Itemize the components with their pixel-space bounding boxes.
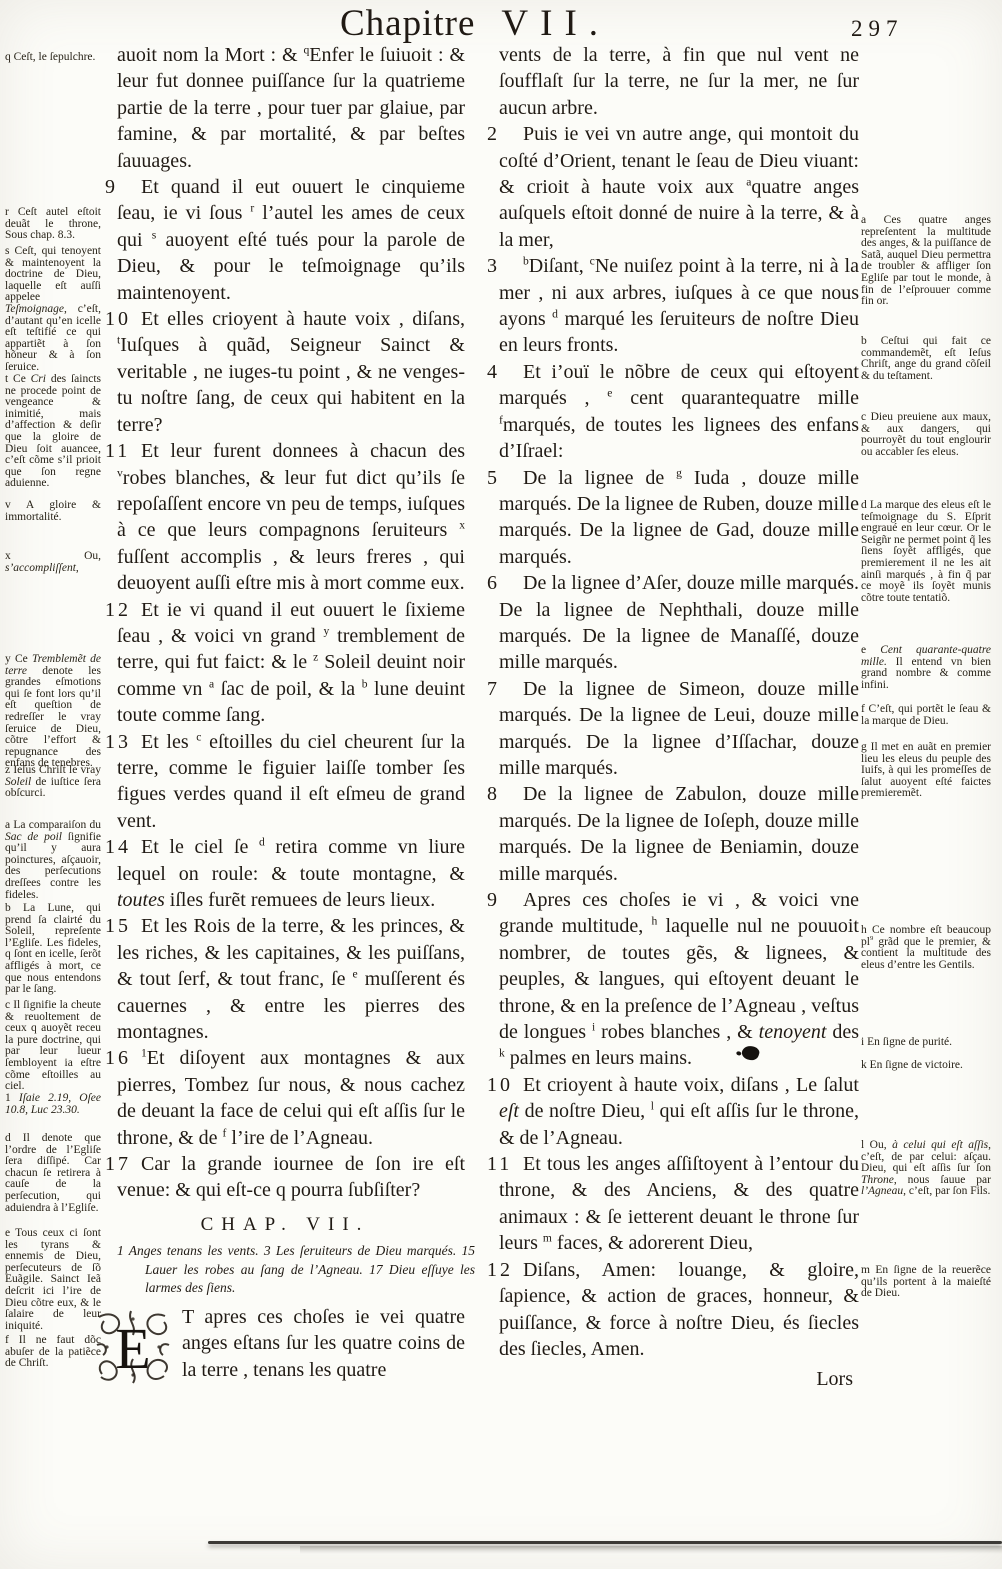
continuation-paragraph: auoit nom la Mort : & qEnfer le ſuiuoit … — [105, 42, 465, 174]
verse-text: Et crioyent à haute voix, diſans , Le ſa… — [499, 1074, 859, 1149]
verse-text: bDiſant, cNe nuiſez point à la terre, ni… — [499, 255, 859, 356]
margin-note: m En ſigne de la reuerẽce qu’ils portent… — [861, 1265, 991, 1300]
verse-paragraph: 17Car la grande iournee de ſon ire eſt v… — [105, 1151, 465, 1204]
margin-note: s Ceſt, qui tenoyent & maintenoyent la d… — [5, 246, 101, 374]
verse-number: 12 — [105, 597, 141, 623]
margin-note: g Il met en auãt en premier lieu les ele… — [861, 742, 991, 800]
right-verses: 2Puis ie vei vn autre ange, qui montoit … — [487, 121, 859, 1362]
continuation-paragraph: vents de la terre, à fin que nul vent ne… — [487, 42, 859, 121]
margin-note: v A gloire & immortalité. — [5, 500, 101, 523]
verse-number: 9 — [487, 887, 523, 913]
verse-text: Et elles crioyent à haute voix , diſans,… — [117, 308, 465, 436]
verse-text: De la lignee d’Aſer, douze mille marqués… — [499, 572, 859, 673]
margin-note: c Il ſignifie la cheute & reuoltement de… — [5, 1000, 101, 1093]
margin-note: a La comparaiſon du Sac de poil ſignifie… — [5, 820, 101, 901]
margin-note: l Ou, à celui qui eſt aſſis, c’eſt, de p… — [861, 1140, 991, 1198]
verse-paragraph: 7De la lignee de Simeon, douze mille mar… — [487, 676, 859, 782]
catchword: Lors — [487, 1366, 859, 1392]
verse-text: Et le ciel ſe d retira comme vn liure le… — [117, 836, 465, 911]
verse-number: 10 — [487, 1072, 523, 1098]
left-text-column: auoit nom la Mort : & qEnfer le ſuiuoit … — [105, 42, 465, 1387]
verse-number: 12 — [487, 1257, 523, 1283]
verse-paragraph: 2Puis ie vei vn autre ange, qui montoit … — [487, 121, 859, 253]
margin-note: e Cent quarante-quatre mille. Il entend … — [861, 645, 991, 691]
margin-note: b Ceſtui qui fait ce commandemẽt, eſt Ie… — [861, 336, 991, 382]
margin-note: d La marque des eleus eſt le teſmoignage… — [861, 500, 991, 604]
verse-text: Et i’ouï le nõbre de ceux qui eſtoyent m… — [499, 361, 859, 462]
verse-text: Et ie vi quand il eut ouuert le ſixieme … — [117, 599, 465, 727]
running-head: ChapitreVII. — [340, 2, 610, 45]
chapter-number: VII. — [501, 3, 610, 44]
book-page: ChapitreVII. 297 q Ceſt, le ſepulchre. r… — [0, 0, 1002, 1569]
chapter-title: Chapitre — [340, 3, 475, 44]
verse-text: Et quand il eut ouuert le cinquieme ſeau… — [117, 176, 465, 304]
scan-edge-line — [208, 1541, 1002, 1544]
verse-number: 15 — [105, 913, 141, 939]
verse-paragraph: 3bDiſant, cNe nuiſez point à la terre, n… — [487, 253, 859, 359]
verse-number: 3 — [487, 253, 523, 279]
verse-number: 10 — [105, 306, 141, 332]
verse-paragraph: 10Et elles crioyent à haute voix , diſan… — [105, 306, 465, 438]
verse-text: De la lignee de g Iuda , douze mille mar… — [499, 467, 859, 568]
verse-number: 9 — [105, 174, 141, 200]
verse-paragraph: 4Et i’ouï le nõbre de ceux qui eſtoyent … — [487, 359, 859, 465]
margin-note: h Ce nombre eſt beaucoup pl9 grãd que le… — [861, 925, 991, 971]
verse-number: 5 — [487, 465, 523, 491]
margin-note: d Il denote que l’ordre de l’Egliſe ſera… — [5, 1133, 101, 1214]
verse-text: Puis ie vei vn autre ange, qui montoit d… — [499, 123, 859, 251]
verse-paragraph: 15Et les Rois de la terre, & les princes… — [105, 913, 465, 1045]
verse-paragraph: 9Et quand il eut ouuert le cinquieme ſea… — [105, 174, 465, 306]
verse-paragraph: 5De la lignee de g Iuda , douze mille ma… — [487, 465, 859, 571]
verse-number: 4 — [487, 359, 523, 385]
verse-paragraph: 8De la lignee de Zabulon, douze mille ma… — [487, 781, 859, 887]
left-verses: 9Et quand il eut ouuert le cinquieme ſea… — [105, 174, 465, 1204]
verse-paragraph: 161Et diſoyent aux montagnes & aux pierr… — [105, 1045, 465, 1151]
scan-edge-shadow — [300, 1546, 1002, 1554]
margin-note: x Ou, s’accompliſſent, — [5, 551, 101, 574]
verse-paragraph: 12Et ie vi quand il eut ouuert le ſixiem… — [105, 597, 465, 729]
verse-number: 17 — [105, 1151, 141, 1177]
verse-paragraph: 9Apres ces choſes ie vi , & voici vne gr… — [487, 887, 859, 1072]
verse-paragraph: 11Et leur furent donnees à chacun des vr… — [105, 438, 465, 596]
verse-number: 8 — [487, 781, 523, 807]
opening-block: E T apres ces choſes ie vei quatre anges… — [105, 1304, 465, 1383]
verse-number: 13 — [105, 729, 141, 755]
verse-text: Et leur furent donnees à chacun des vrob… — [117, 440, 465, 594]
margin-note: b La Lune, qui prend ſa clairté du Solei… — [5, 903, 101, 996]
verse-number: 11 — [105, 438, 141, 464]
margin-note: k En ſigne de victoire. — [861, 1060, 991, 1072]
verse-text: Et les Rois de la terre, & les princes, … — [117, 915, 465, 1043]
margin-note: a Ces quatre anges repreſentent la multi… — [861, 215, 991, 308]
verse-text: Apres ces choſes ie vi , & voici vne gra… — [499, 889, 859, 1069]
verse-number: 7 — [487, 676, 523, 702]
right-text-column: vents de la terre, à fin que nul vent ne… — [487, 42, 859, 1393]
verse-number: 6 — [487, 570, 523, 596]
verse-text: 1Et diſoyent aux montagnes & aux pierres… — [117, 1047, 465, 1148]
initial-letter: E — [115, 1316, 150, 1381]
margin-note: i En ſigne de purité. — [861, 1037, 991, 1049]
margin-note: 1 Iſaie 2.19, Oſee 10.8, Luc 23.30. — [5, 1093, 101, 1116]
verse-number: 2 — [487, 121, 523, 147]
verse-number: 16 — [105, 1045, 141, 1071]
verse-text: Et tous les anges aſſiſtoyent à l’entour… — [499, 1153, 859, 1254]
verse-text: Car la grande iournee de ſon ire eſt ven… — [117, 1153, 465, 1201]
verse-number: 14 — [105, 834, 141, 860]
verse-text: Diſans, Amen: louange, & gloire, ſapienc… — [499, 1259, 859, 1360]
verse-paragraph: 14Et le ciel ſe d retira comme vn liure … — [105, 834, 465, 913]
margin-note: r Ceſt autel eſtoit deuãt le throne, Sou… — [5, 207, 101, 242]
verse-text: Et les c eſtoilles du ciel cheurent ſur … — [117, 731, 465, 832]
chapter-argument: 1 Anges tenans les vents. 3 Les ſeruiteu… — [105, 1242, 475, 1298]
left-margin-notes: q Ceſt, le ſepulchre. r Ceſt autel eſtoi… — [5, 0, 101, 1569]
margin-note: f C’eſt, qui portẽt le ſeau & la marque … — [861, 704, 991, 727]
verse-paragraph: 11Et tous les anges aſſiſtoyent à l’ento… — [487, 1151, 859, 1257]
margin-note: t Ce Cri des ſaincts ne procede point de… — [5, 374, 101, 490]
verse-number: 11 — [487, 1151, 523, 1177]
verse-text: De la lignee de Simeon, douze mille marq… — [499, 678, 859, 779]
margin-note: e Tous ceux ci ſont les tyrans & ennemis… — [5, 1228, 101, 1332]
margin-note: y Ce Tremblemẽt de terre denote les gran… — [5, 654, 101, 770]
margin-note: c Dieu preuiene aux maux, & aux dangers,… — [861, 412, 991, 458]
verse-paragraph: 6De la lignee d’Aſer, douze mille marqué… — [487, 570, 859, 676]
verse-text: De la lignee de Zabulon, douze mille mar… — [499, 783, 859, 884]
verse-paragraph: 10Et crioyent à haute voix, diſans , Le … — [487, 1072, 859, 1151]
verse-paragraph: 13Et les c eſtoilles du ciel cheurent ſu… — [105, 729, 465, 835]
verse-paragraph: 12Diſans, Amen: louange, & gloire, ſapie… — [487, 1257, 859, 1363]
margin-note: z Ieſus Chriſt le vray Soleil de iuſtice… — [5, 765, 101, 800]
margin-note: f Il ne faut dõc abuſer de la patiẽce de… — [5, 1335, 101, 1370]
right-margin-notes: a Ces quatre anges repreſentent la multi… — [861, 0, 991, 1569]
margin-note: q Ceſt, le ſepulchre. — [5, 52, 101, 64]
chapter-heading: CHAP. VII. — [105, 1212, 465, 1238]
woodcut-initial: E — [93, 1307, 173, 1387]
